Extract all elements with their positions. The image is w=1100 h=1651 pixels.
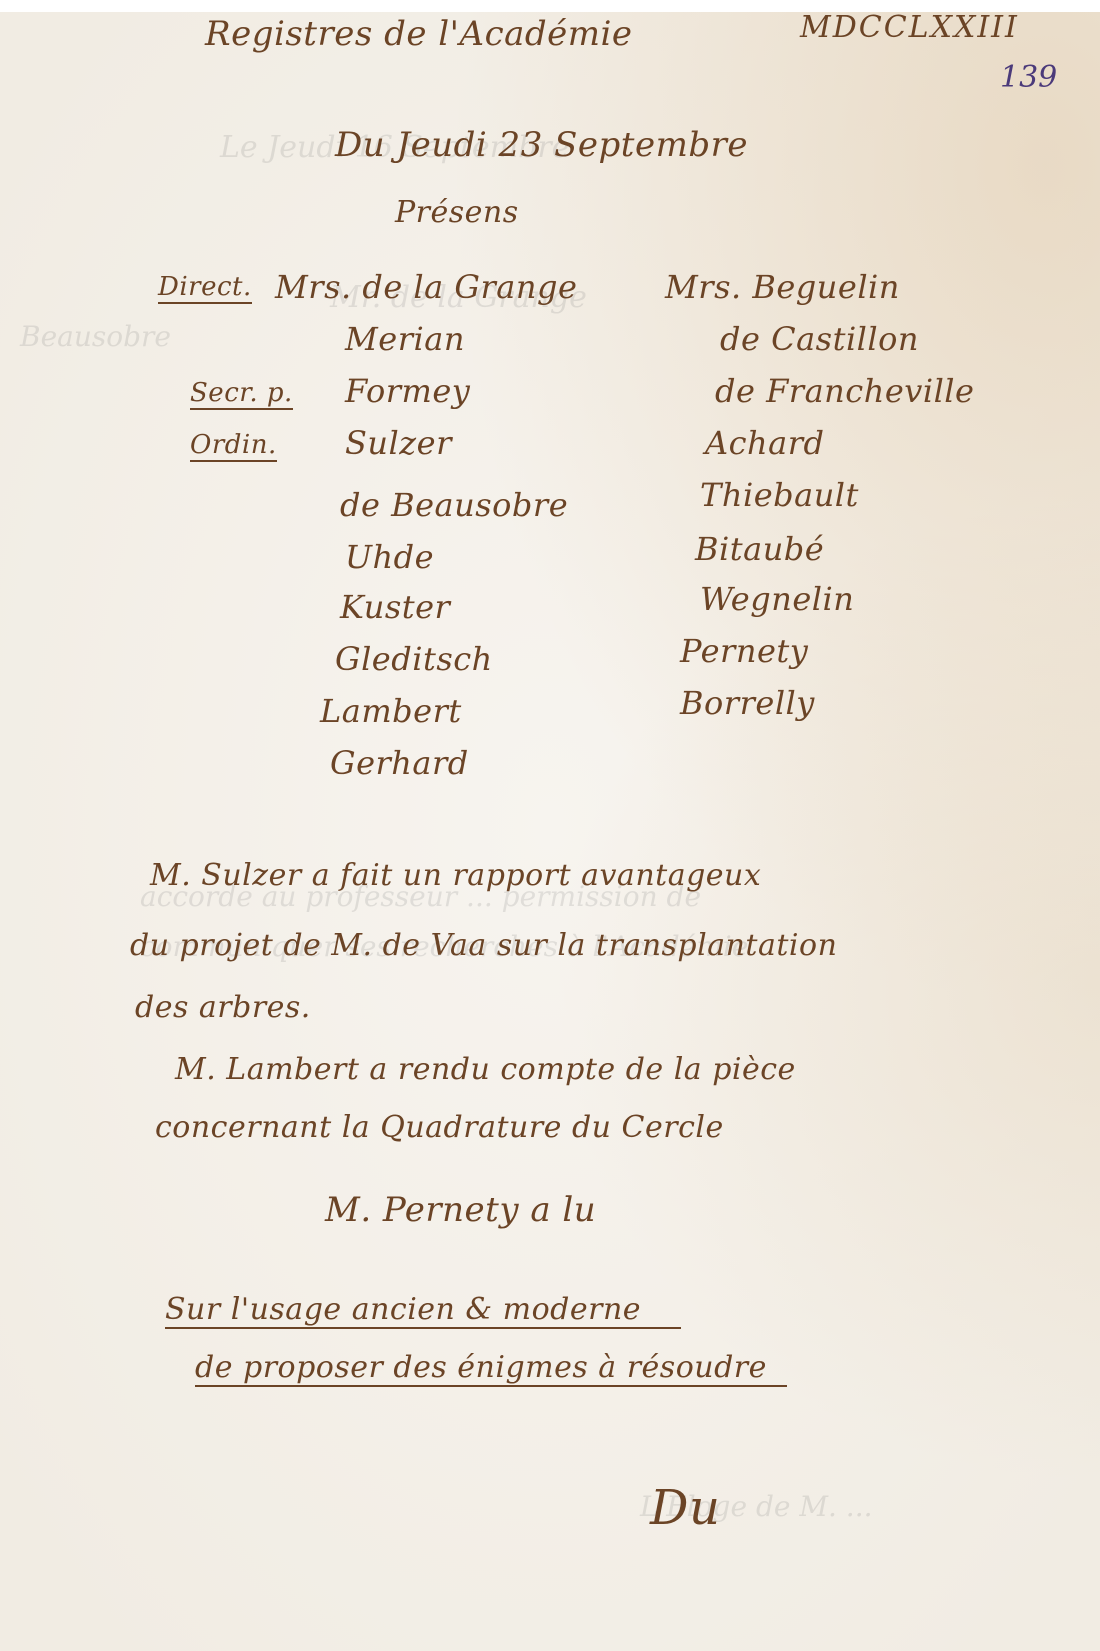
reading-intro: M. Pernety a lu bbox=[325, 1190, 596, 1230]
catchword: Du bbox=[650, 1480, 720, 1536]
member-name: Gleditsch bbox=[335, 640, 493, 678]
minutes-line: du projet de M. de Vaa sur la transplant… bbox=[130, 928, 837, 963]
member-name: Kuster bbox=[340, 588, 450, 626]
role-ordinary: Ordin. bbox=[190, 430, 277, 462]
member-name: Formey bbox=[345, 372, 470, 410]
member-name: Wegnelin bbox=[700, 580, 854, 618]
folio-number: 139 bbox=[1000, 60, 1057, 95]
member-name: Bitaubé bbox=[695, 530, 824, 568]
reading-title-line: Sur l'usage ancien & moderne bbox=[165, 1292, 681, 1329]
member-name: Gerhard bbox=[330, 744, 469, 782]
member-name: Mrs. de la Grange bbox=[275, 268, 577, 306]
presents-heading: Présens bbox=[395, 195, 519, 230]
manuscript-page: Le Jeudi 16 Septembre Mr. de la Grange B… bbox=[0, 0, 1100, 1651]
minutes-line: des arbres. bbox=[135, 990, 311, 1025]
member-name: Merian bbox=[345, 320, 465, 358]
minutes-line: M. Sulzer a fait un rapport avantageux bbox=[150, 858, 761, 893]
member-name: Pernety bbox=[680, 632, 808, 670]
member-name: de Castillon bbox=[720, 320, 919, 358]
bleed-through-text: Beausobre bbox=[20, 320, 171, 353]
running-title: Registres de l'Académie bbox=[205, 14, 633, 54]
reading-title-line: de proposer des énigmes à résoudre bbox=[195, 1350, 787, 1387]
member-name: Lambert bbox=[320, 692, 462, 730]
member-name: Thiebault bbox=[700, 476, 859, 514]
minutes-line: M. Lambert a rendu compte de la pièce bbox=[175, 1052, 796, 1087]
year-roman-numeral: MDCCLXXIII bbox=[800, 10, 1019, 45]
member-name: Uhde bbox=[345, 538, 434, 576]
role-director: Direct. bbox=[158, 272, 252, 304]
member-name: de Beausobre bbox=[340, 486, 568, 524]
date-heading: Du Jeudi 23 Septembre bbox=[335, 125, 748, 165]
member-name: Mrs. Beguelin bbox=[665, 268, 900, 306]
member-name: de Francheville bbox=[715, 372, 974, 410]
member-name: Borrelly bbox=[680, 684, 815, 722]
member-name: Sulzer bbox=[345, 424, 452, 462]
member-name: Achard bbox=[705, 424, 825, 462]
role-secretary: Secr. p. bbox=[190, 378, 293, 410]
minutes-line: concernant la Quadrature du Cercle bbox=[155, 1110, 724, 1145]
